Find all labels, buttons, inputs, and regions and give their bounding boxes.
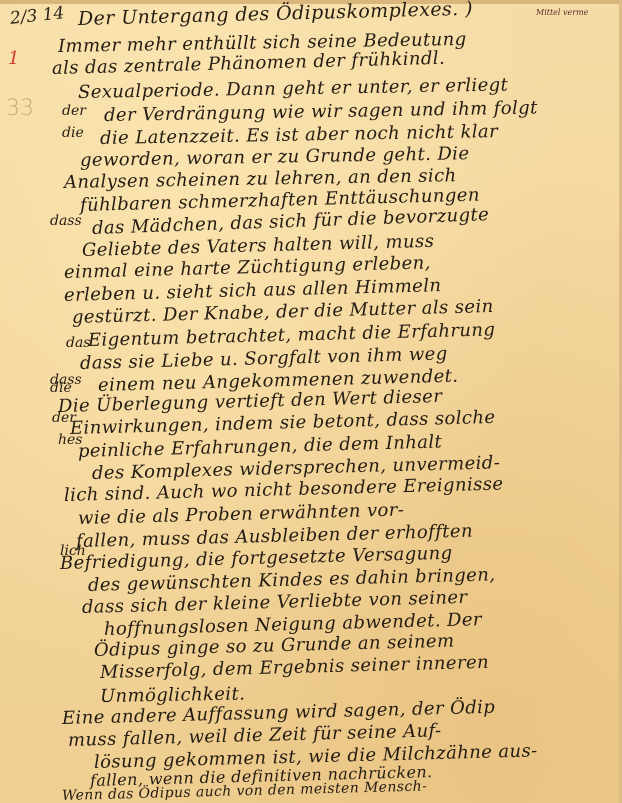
- title-bracket: ): [465, 0, 473, 20]
- pencil-page-number: 33: [6, 96, 34, 121]
- manuscript-page: 2/3 14 1 33 Mittel verme Der Untergang d…: [0, 0, 622, 803]
- margin-word: die: [62, 125, 84, 141]
- red-marker: 1: [8, 48, 19, 69]
- date-note: 2/3 14: [9, 3, 65, 29]
- margin-word: das: [66, 335, 91, 351]
- document-title: Der Untergang des Ödipuskomplexes. ): [78, 0, 473, 30]
- margin-note: Mittel verme: [536, 8, 588, 17]
- margin-word: der: [62, 103, 86, 119]
- margin-word: die: [50, 380, 72, 396]
- title-text: Der Untergang des Ödipuskomplexes.: [78, 0, 459, 30]
- margin-word: dass: [50, 213, 82, 229]
